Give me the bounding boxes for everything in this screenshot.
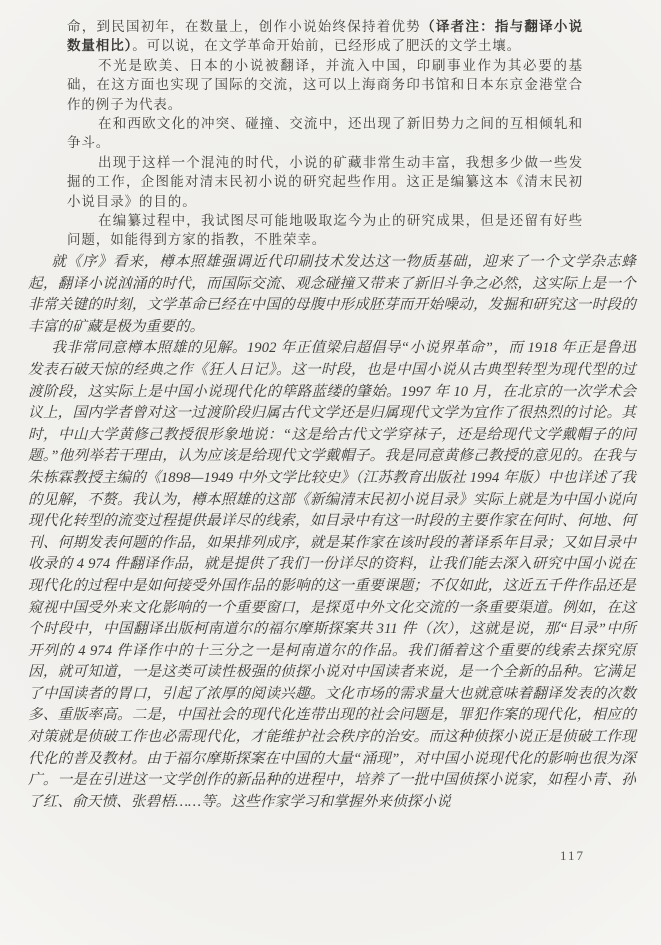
scanned-book-page: 命，到民国初年，在数量上，创作小说始终保持着优势（译者注：指与翻译小说数量相比）… bbox=[0, 0, 661, 945]
quote-text: 。可以说，在文学革命开始前，已经形成了肥沃的文学土壤。 bbox=[132, 38, 521, 53]
quote-paragraph: 不光是欧美、日本的小说被翻译，并流入中国，印刷事业作为其必要的基础，在这方面也实… bbox=[67, 56, 583, 114]
body-paragraph: 我非常同意樽本照雄的见解。1902 年正值梁启超倡导“小说界革命”，而 1918… bbox=[28, 338, 636, 813]
body-paragraph: 就《序》看来，樽本照雄强调近代印刷技术发达这一物质基础，迎来了一个文学杂志蜂起，… bbox=[28, 252, 636, 338]
commentary-body: 就《序》看来，樽本照雄强调近代印刷技术发达这一物质基础，迎来了一个文学杂志蜂起，… bbox=[28, 252, 636, 813]
quote-paragraph: 在和西欧文化的冲突、碰撞、交流中，还出现了新旧势力之间的互相倾轧和争斗。 bbox=[67, 114, 583, 153]
quote-paragraph: 出现于这样一个混沌的时代，小说的矿藏非常生动丰富，我想多少做一些发掘的工作，企图… bbox=[67, 153, 583, 211]
quote-paragraph: 在编纂过程中，我试图尽可能地吸取迄今为止的研究成果，但是还留有好些问题，如能得到… bbox=[67, 211, 583, 250]
quote-text: 命，到民国初年，在数量上，创作小说始终保持着优势 bbox=[67, 19, 421, 34]
preface-quote-block: 命，到民国初年，在数量上，创作小说始终保持着优势（译者注：指与翻译小说数量相比）… bbox=[67, 17, 583, 250]
page-number: 117 bbox=[560, 848, 585, 864]
quote-paragraph: 命，到民国初年，在数量上，创作小说始终保持着优势（译者注：指与翻译小说数量相比）… bbox=[67, 17, 583, 56]
